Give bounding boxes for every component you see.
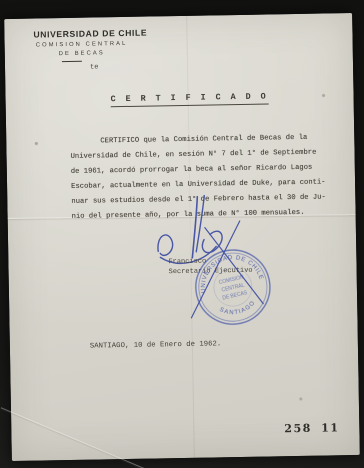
certificate-title: C E R T I F I C A D O bbox=[110, 91, 268, 107]
letterhead-university-name: UNIVERSIDAD DE CHILE bbox=[33, 28, 129, 40]
date-line: SANTIAGO, 10 de Enero de 1962. bbox=[90, 340, 221, 350]
letterhead: UNIVERSIDAD DE CHILE COMISION CENTRAL DE… bbox=[33, 28, 130, 73]
letterhead-rule bbox=[62, 61, 82, 62]
stamp-bottom-text: SANTIAGO bbox=[217, 299, 258, 320]
page-number: 258 11 bbox=[284, 421, 339, 435]
letterhead-note: te bbox=[90, 63, 130, 72]
document-paper: UNIVERSIDAD DE CHILE COMISION CENTRAL DE… bbox=[4, 13, 360, 461]
letterhead-commission-line: COMISION CENTRAL bbox=[34, 41, 130, 49]
paper-crease-diagonal bbox=[1, 407, 158, 468]
svg-text:SANTIAGO: SANTIAGO bbox=[217, 299, 258, 320]
photo-backdrop: UNIVERSIDAD DE CHILE COMISION CENTRAL DE… bbox=[0, 0, 364, 468]
letterhead-becas-line: DE BECAS bbox=[34, 50, 130, 58]
